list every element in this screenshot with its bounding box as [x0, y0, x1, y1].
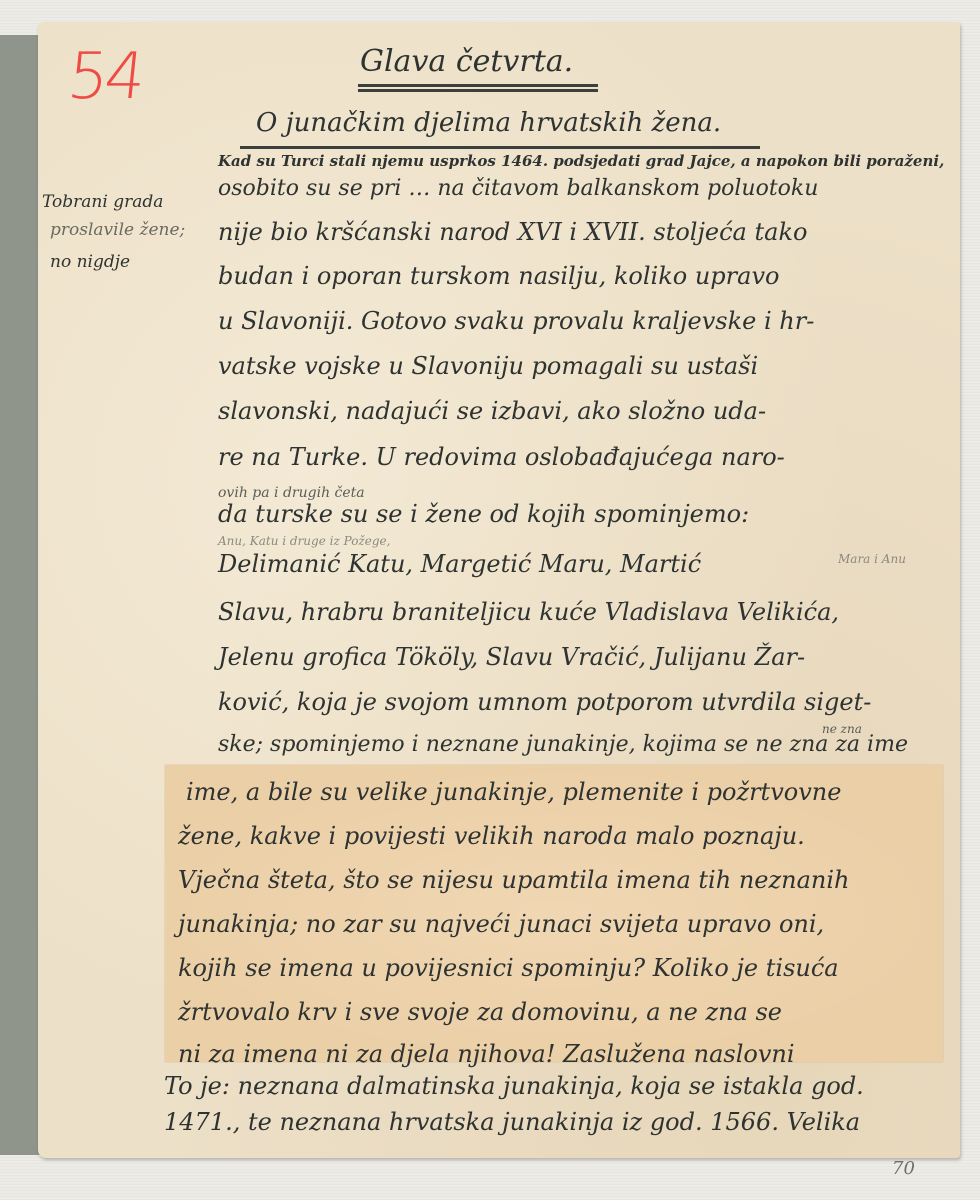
body-line: u Slavoniji. Gotovo svaku provalu kralje…: [218, 307, 814, 335]
body-line: da turske su se i žene od kojih spominje…: [218, 500, 749, 528]
chapter-title: Glava četvrta.: [360, 44, 573, 79]
body-line: Jelenu grofica Tököly, Slavu Vračić, Jul…: [218, 643, 805, 671]
margin-note-line: no nigdje: [50, 252, 130, 272]
body-line: ković, koja je svojom umnom potporom utv…: [218, 688, 871, 716]
chapter-subtitle: O junačkim djelima hrvatskih žena.: [256, 108, 721, 138]
slip-line: junakinja; no zar su najveći junaci svij…: [178, 910, 824, 938]
body-line: budan i oporan turskom nasilju, koliko u…: [218, 262, 779, 290]
body-line: Kad su Turci stali njemu usprkos 1464. p…: [218, 152, 944, 170]
folio-number: 54: [64, 40, 145, 114]
slip-line: kojih se imena u povijesnici spominju? K…: [178, 954, 839, 982]
margin-note-line: proslavile žene;: [50, 220, 185, 240]
body-line: ske; spominjemo i neznane junakinje, koj…: [218, 732, 908, 757]
footer-line: To je: neznana dalmatinska junakinja, ko…: [164, 1072, 864, 1100]
body-line: nije bio kršćanski narod XVI i XVII. sto…: [218, 218, 807, 246]
margin-note-line: Tobrani grada: [42, 192, 163, 212]
title-underline: [358, 84, 598, 92]
slip-line: Vječna šteta, što se nijesu upamtila ime…: [178, 866, 849, 894]
page-number: 70: [892, 1158, 915, 1179]
body-line: slavonski, nadajući se izbavi, ako složn…: [218, 397, 766, 425]
slip-line: ime, a bile su velike junakinje, plemeni…: [186, 778, 841, 806]
body-line: osobito su se pri … na čitavom balkansko…: [218, 176, 818, 201]
body-line: vatske vojske u Slavoniju pomagali su us…: [218, 352, 758, 380]
footer-line: 1471., te neznana hrvatska junakinja iz …: [164, 1108, 860, 1136]
body-line: Slavu, hrabru branitelјicu kuće Vladisla…: [218, 598, 839, 626]
body-line: re na Turke. U redovima oslobađajućega n…: [218, 443, 785, 471]
book-binding: [0, 35, 40, 1155]
body-line: Delimanić Katu, Margetić Maru, Martić: [218, 550, 701, 578]
slip-line: žene, kakve i povijesti velikih naroda m…: [178, 822, 805, 850]
slip-line: žrtvovalo krv i sve svoje za domovinu, a…: [178, 998, 782, 1026]
insertion-note: Mara i Anu: [838, 552, 906, 566]
insertion-note: Anu, Katu i druge iz Požege,: [218, 534, 390, 548]
slip-line: ni za imena ni za djela njihova! Zasluže…: [178, 1040, 795, 1068]
subtitle-underline: [240, 146, 760, 149]
insertion-note: ovih pa i drugih četa: [218, 485, 365, 501]
